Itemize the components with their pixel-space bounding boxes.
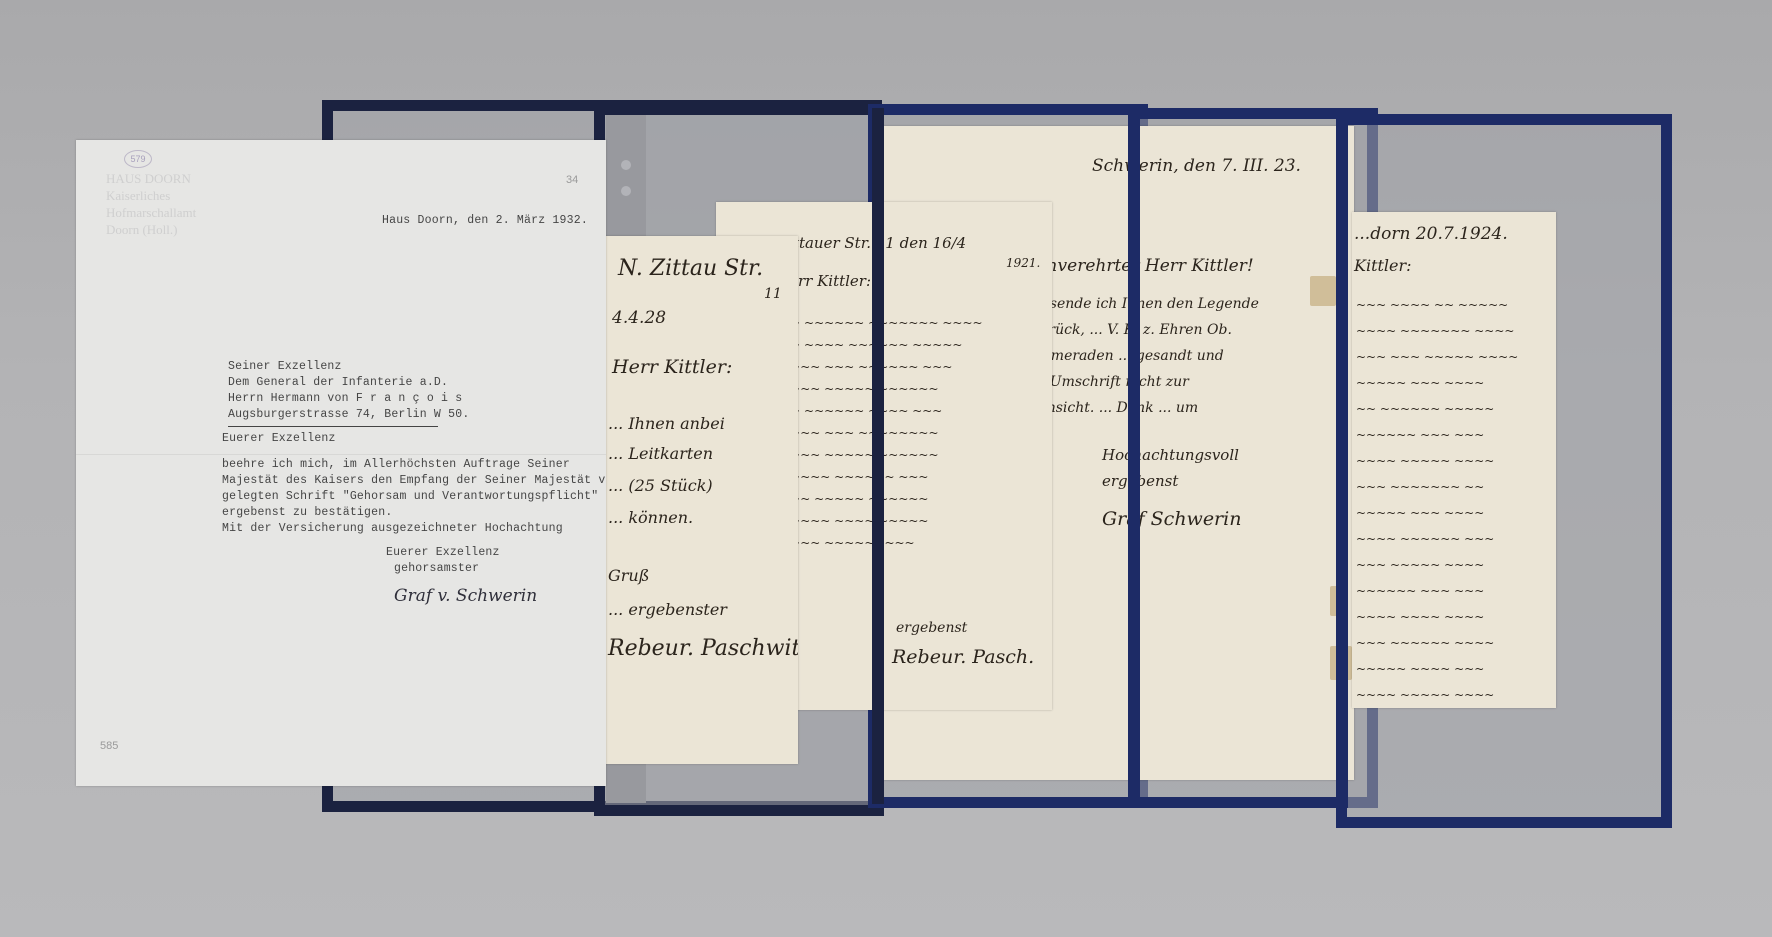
letter-line: ... (25 Stück) [608, 476, 713, 495]
letter-signature: Rebeur. Paschwitz [608, 636, 798, 661]
letter-salutation: Herr Kittler: [612, 356, 732, 378]
letter-header: 11 [764, 286, 782, 302]
frame-bar [1128, 108, 1140, 804]
fold-line [76, 454, 606, 455]
letter-year: 1921. [1006, 256, 1040, 270]
body-line: Majestät des Kaisers den Empfang der Sei… [222, 474, 606, 487]
letterhead: HAUS DOORN Kaiserliches Hofmarschallamt … [106, 170, 196, 238]
archive-stamp: 579 [124, 150, 152, 168]
letter-line: ... Umschrift nicht zur [1032, 374, 1189, 390]
letterhead-line: Kaiserliches [106, 187, 196, 204]
typed-letter-doorn: 579 34 HAUS DOORN Kaiserliches Hofmarsch… [76, 140, 606, 786]
letter-closing: Gruß [608, 566, 649, 585]
closing-line: gehorsamster [394, 562, 479, 575]
letterhead-line: HAUS DOORN [106, 170, 196, 187]
letter-signature: Graf Schwerin [1102, 508, 1241, 530]
signature: Graf v. Schwerin [394, 586, 537, 606]
letter-line: ... Leitkarten [608, 444, 713, 463]
recipient-line: Herrn Hermann von F r a n ç o i s [228, 392, 462, 405]
letterhead-line: Doorn (Holl.) [106, 221, 196, 238]
letter-body-scribble: ~~~ ~~~~ ~~ ~~~~~~~~~ ~~~~~~~ ~~~~~~~ ~~… [1356, 292, 1518, 708]
body-line: Mit der Versicherung ausgezeichneter Hoc… [222, 522, 563, 535]
place-date: Haus Doorn, den 2. März 1932. [382, 214, 588, 227]
letter-salutation: Kittler: [1354, 256, 1412, 275]
letterhead-line: Hofmarschallamt [106, 204, 196, 221]
letter-closing: ergebenst [896, 620, 967, 636]
letter-line: ... können. [608, 508, 693, 527]
letter-line: ... Ihnen anbei [608, 414, 725, 433]
recipient-line: Seiner Exzellenz [228, 360, 342, 373]
letter-closing: ... ergebenster [608, 600, 727, 619]
letter-header: ...dorn 20.7.1924. [1354, 224, 1508, 244]
body-line: gelegten Schrift "Gehorsam und Verantwor… [222, 490, 606, 503]
closing-line: Euerer Exzellenz [386, 546, 500, 559]
salutation: Euerer Exzellenz [222, 432, 336, 445]
archive-note: 585 [100, 740, 118, 752]
letter-date: 4.4.28 [612, 308, 666, 328]
letter-header: N. Zittau Str. [618, 256, 763, 281]
page-number: 34 [566, 174, 578, 186]
letter-closing: Hochachtungsvoll [1102, 446, 1239, 464]
letter-line: ... sende ich Ihnen den Legende [1032, 296, 1259, 312]
body-line: beehre ich mich, im Allerhöchsten Auftra… [222, 458, 570, 471]
letter-line: Einsicht. ... Dank ... um [1032, 400, 1198, 416]
body-line: ergebenst zu bestätigen. [222, 506, 392, 519]
recipient-line: Augsburgerstrasse 74, Berlin W 50. [228, 408, 469, 421]
letter-closing: ergebenst [1102, 472, 1178, 490]
recipient-line: Dem General der Infanterie a.D. [228, 376, 448, 389]
letter-header: Schwerin, den 7. III. 23. [1092, 156, 1301, 176]
tape-stain [1310, 276, 1336, 306]
frame-bar [1336, 112, 1348, 808]
address-underline [228, 426, 438, 427]
letter-signature: Rebeur. Pasch. [892, 646, 1034, 668]
frame-bar [872, 108, 884, 804]
handwritten-letter-1928: N. Zittau Str. 11 4.4.28 Herr Kittler: .… [604, 236, 798, 764]
handwritten-letter-1924: ...dorn 20.7.1924. Kittler: ~~~ ~~~~ ~~ … [1352, 212, 1556, 708]
